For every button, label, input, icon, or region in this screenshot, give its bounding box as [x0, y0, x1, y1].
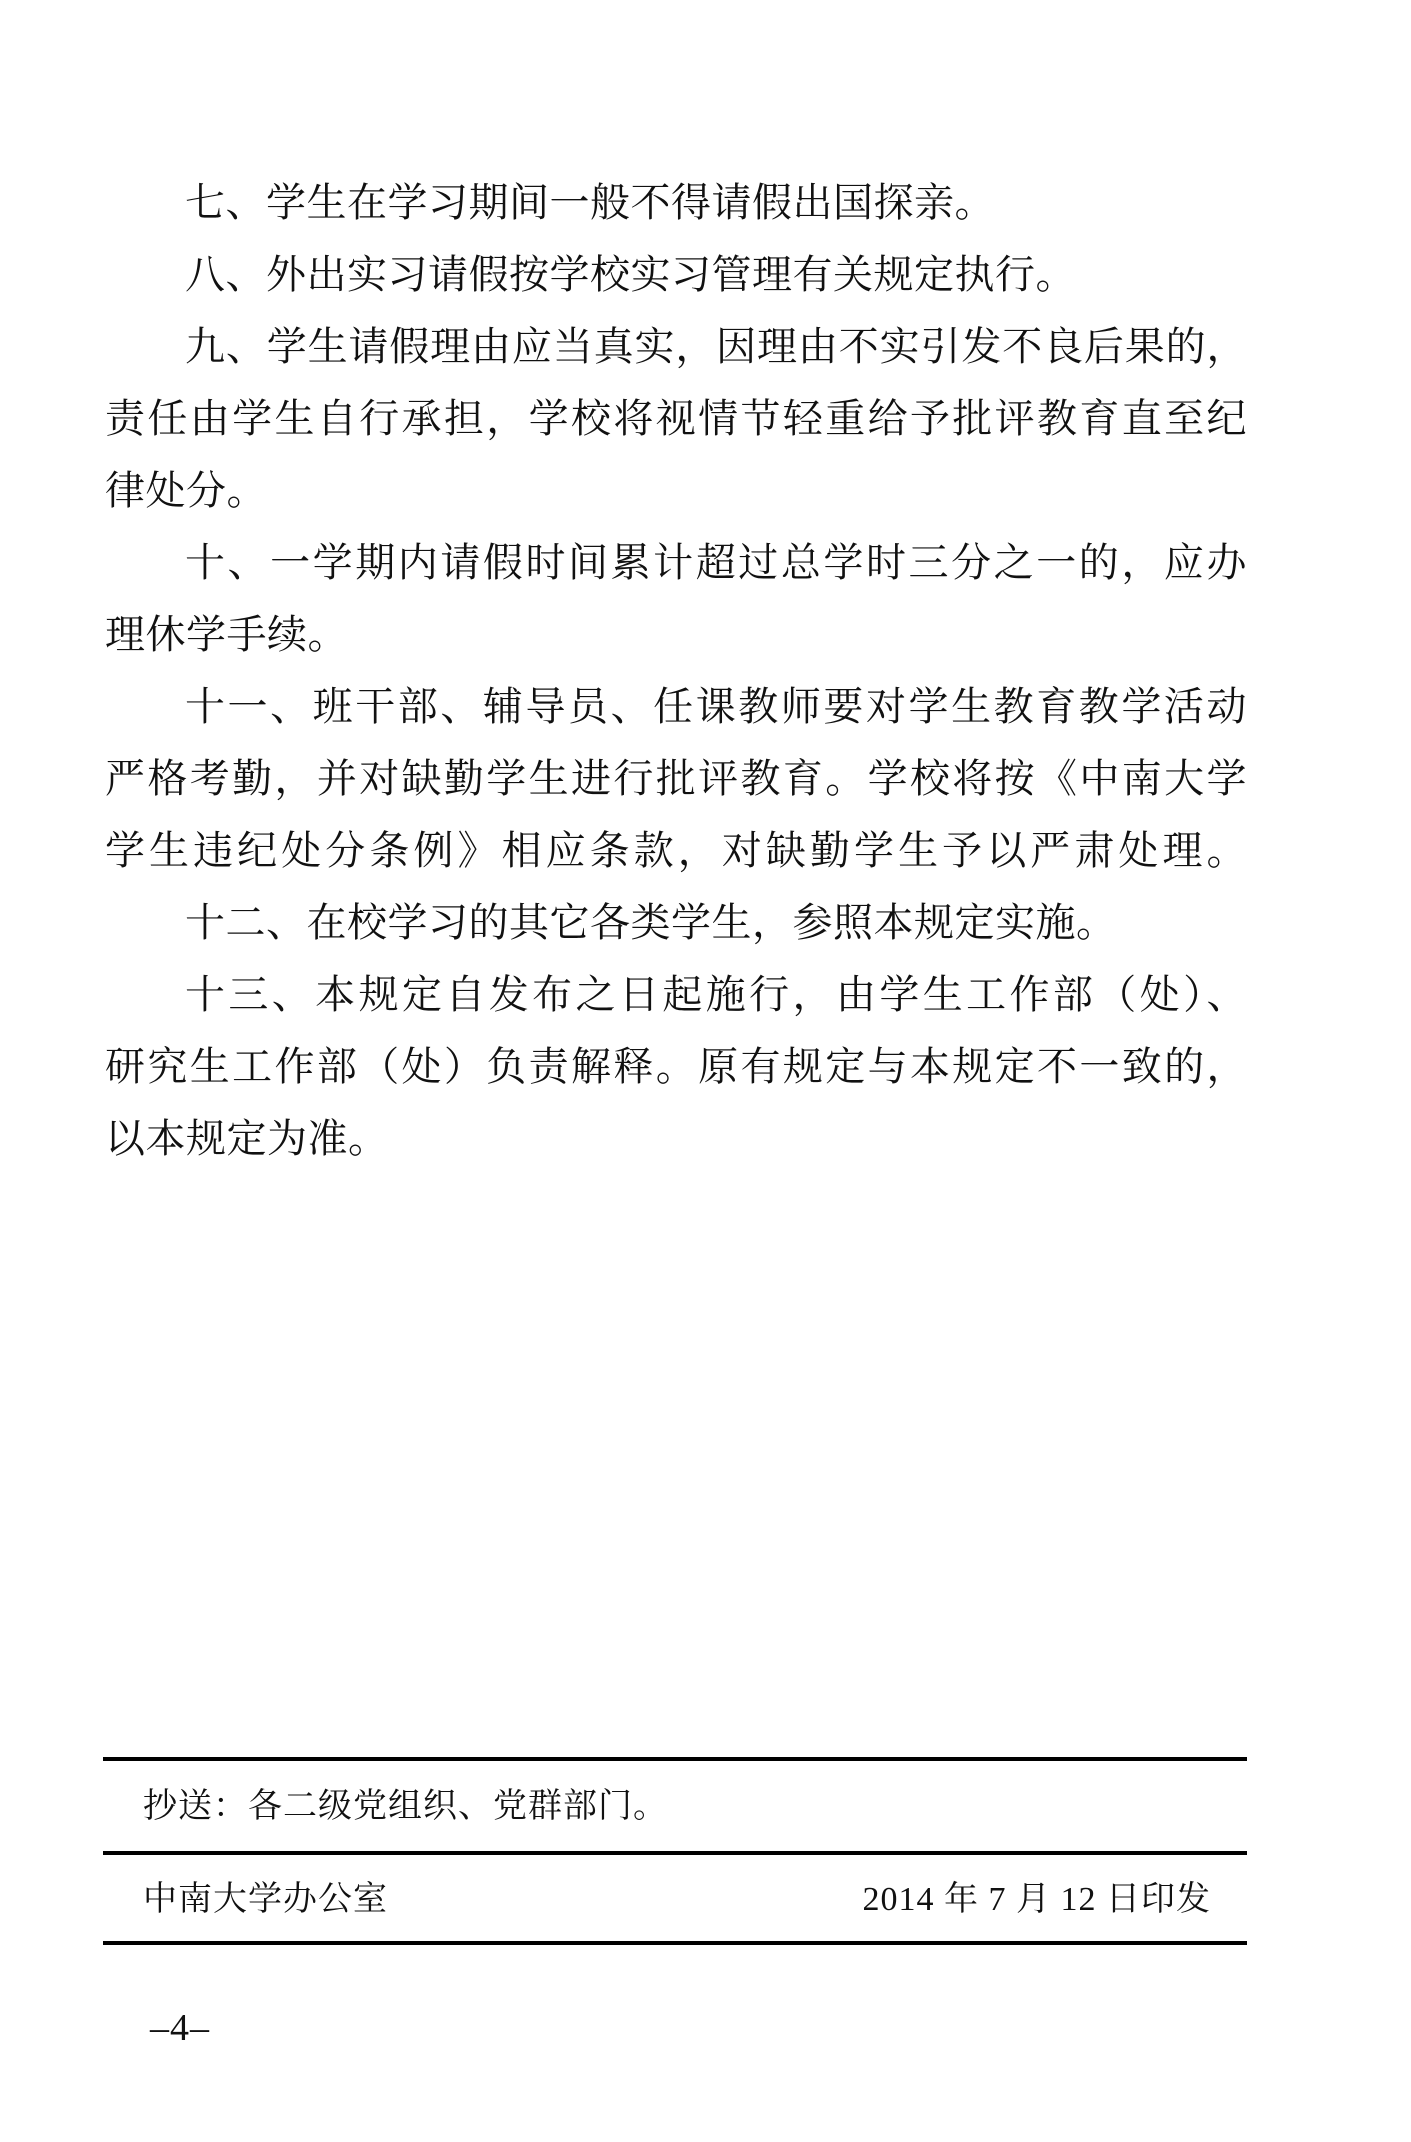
issue-row: 中南大学办公室 2014 年 7 月 12 日印发 — [143, 1876, 1211, 1924]
footer-bottom-rule — [103, 1941, 1247, 1945]
body-line: 以本规定为准。 — [105, 1103, 1247, 1175]
body-line: 学生违纪处分条例》相应条款，对缺勤学生予以严肃处理。 — [105, 815, 1247, 887]
document-body: 七、学生在学习期间一般不得请假出国探亲。 八、外出实习请假按学校实习管理有关规定… — [105, 167, 1247, 1175]
issuing-office: 中南大学办公室 — [143, 1876, 388, 1924]
issue-date: 2014 年 7 月 12 日印发 — [863, 1876, 1212, 1924]
body-line: 严格考勤，并对缺勤学生进行批评教育。学校将按《中南大学 — [105, 743, 1247, 815]
document-page: 七、学生在学习期间一般不得请假出国探亲。 八、外出实习请假按学校实习管理有关规定… — [0, 0, 1411, 2142]
footer-top-rule — [103, 1757, 1247, 1761]
cc-line: 抄送：各二级党组织、党群部门。 — [143, 1783, 668, 1831]
body-line: 九、学生请假理由应当真实，因理由不实引发不良后果的， — [105, 311, 1247, 383]
body-line: 责任由学生自行承担，学校将视情节轻重给予批评教育直至纪 — [105, 383, 1247, 455]
body-line: 七、学生在学习期间一般不得请假出国探亲。 — [105, 167, 1247, 239]
body-line: 律处分。 — [105, 455, 1247, 527]
body-line: 十三、本规定自发布之日起施行，由学生工作部（处）、 — [105, 959, 1247, 1031]
footer-middle-rule — [103, 1851, 1247, 1855]
body-line: 理休学手续。 — [105, 599, 1247, 671]
body-line: 十二、在校学习的其它各类学生，参照本规定实施。 — [105, 887, 1247, 959]
body-line: 十、一学期内请假时间累计超过总学时三分之一的，应办 — [105, 527, 1247, 599]
body-line: 研究生工作部（处）负责解释。原有规定与本规定不一致的， — [105, 1031, 1247, 1103]
page-number: –4– — [150, 2006, 210, 2050]
body-line: 八、外出实习请假按学校实习管理有关规定执行。 — [105, 239, 1247, 311]
body-line: 十一、班干部、辅导员、任课教师要对学生教育教学活动 — [105, 671, 1247, 743]
